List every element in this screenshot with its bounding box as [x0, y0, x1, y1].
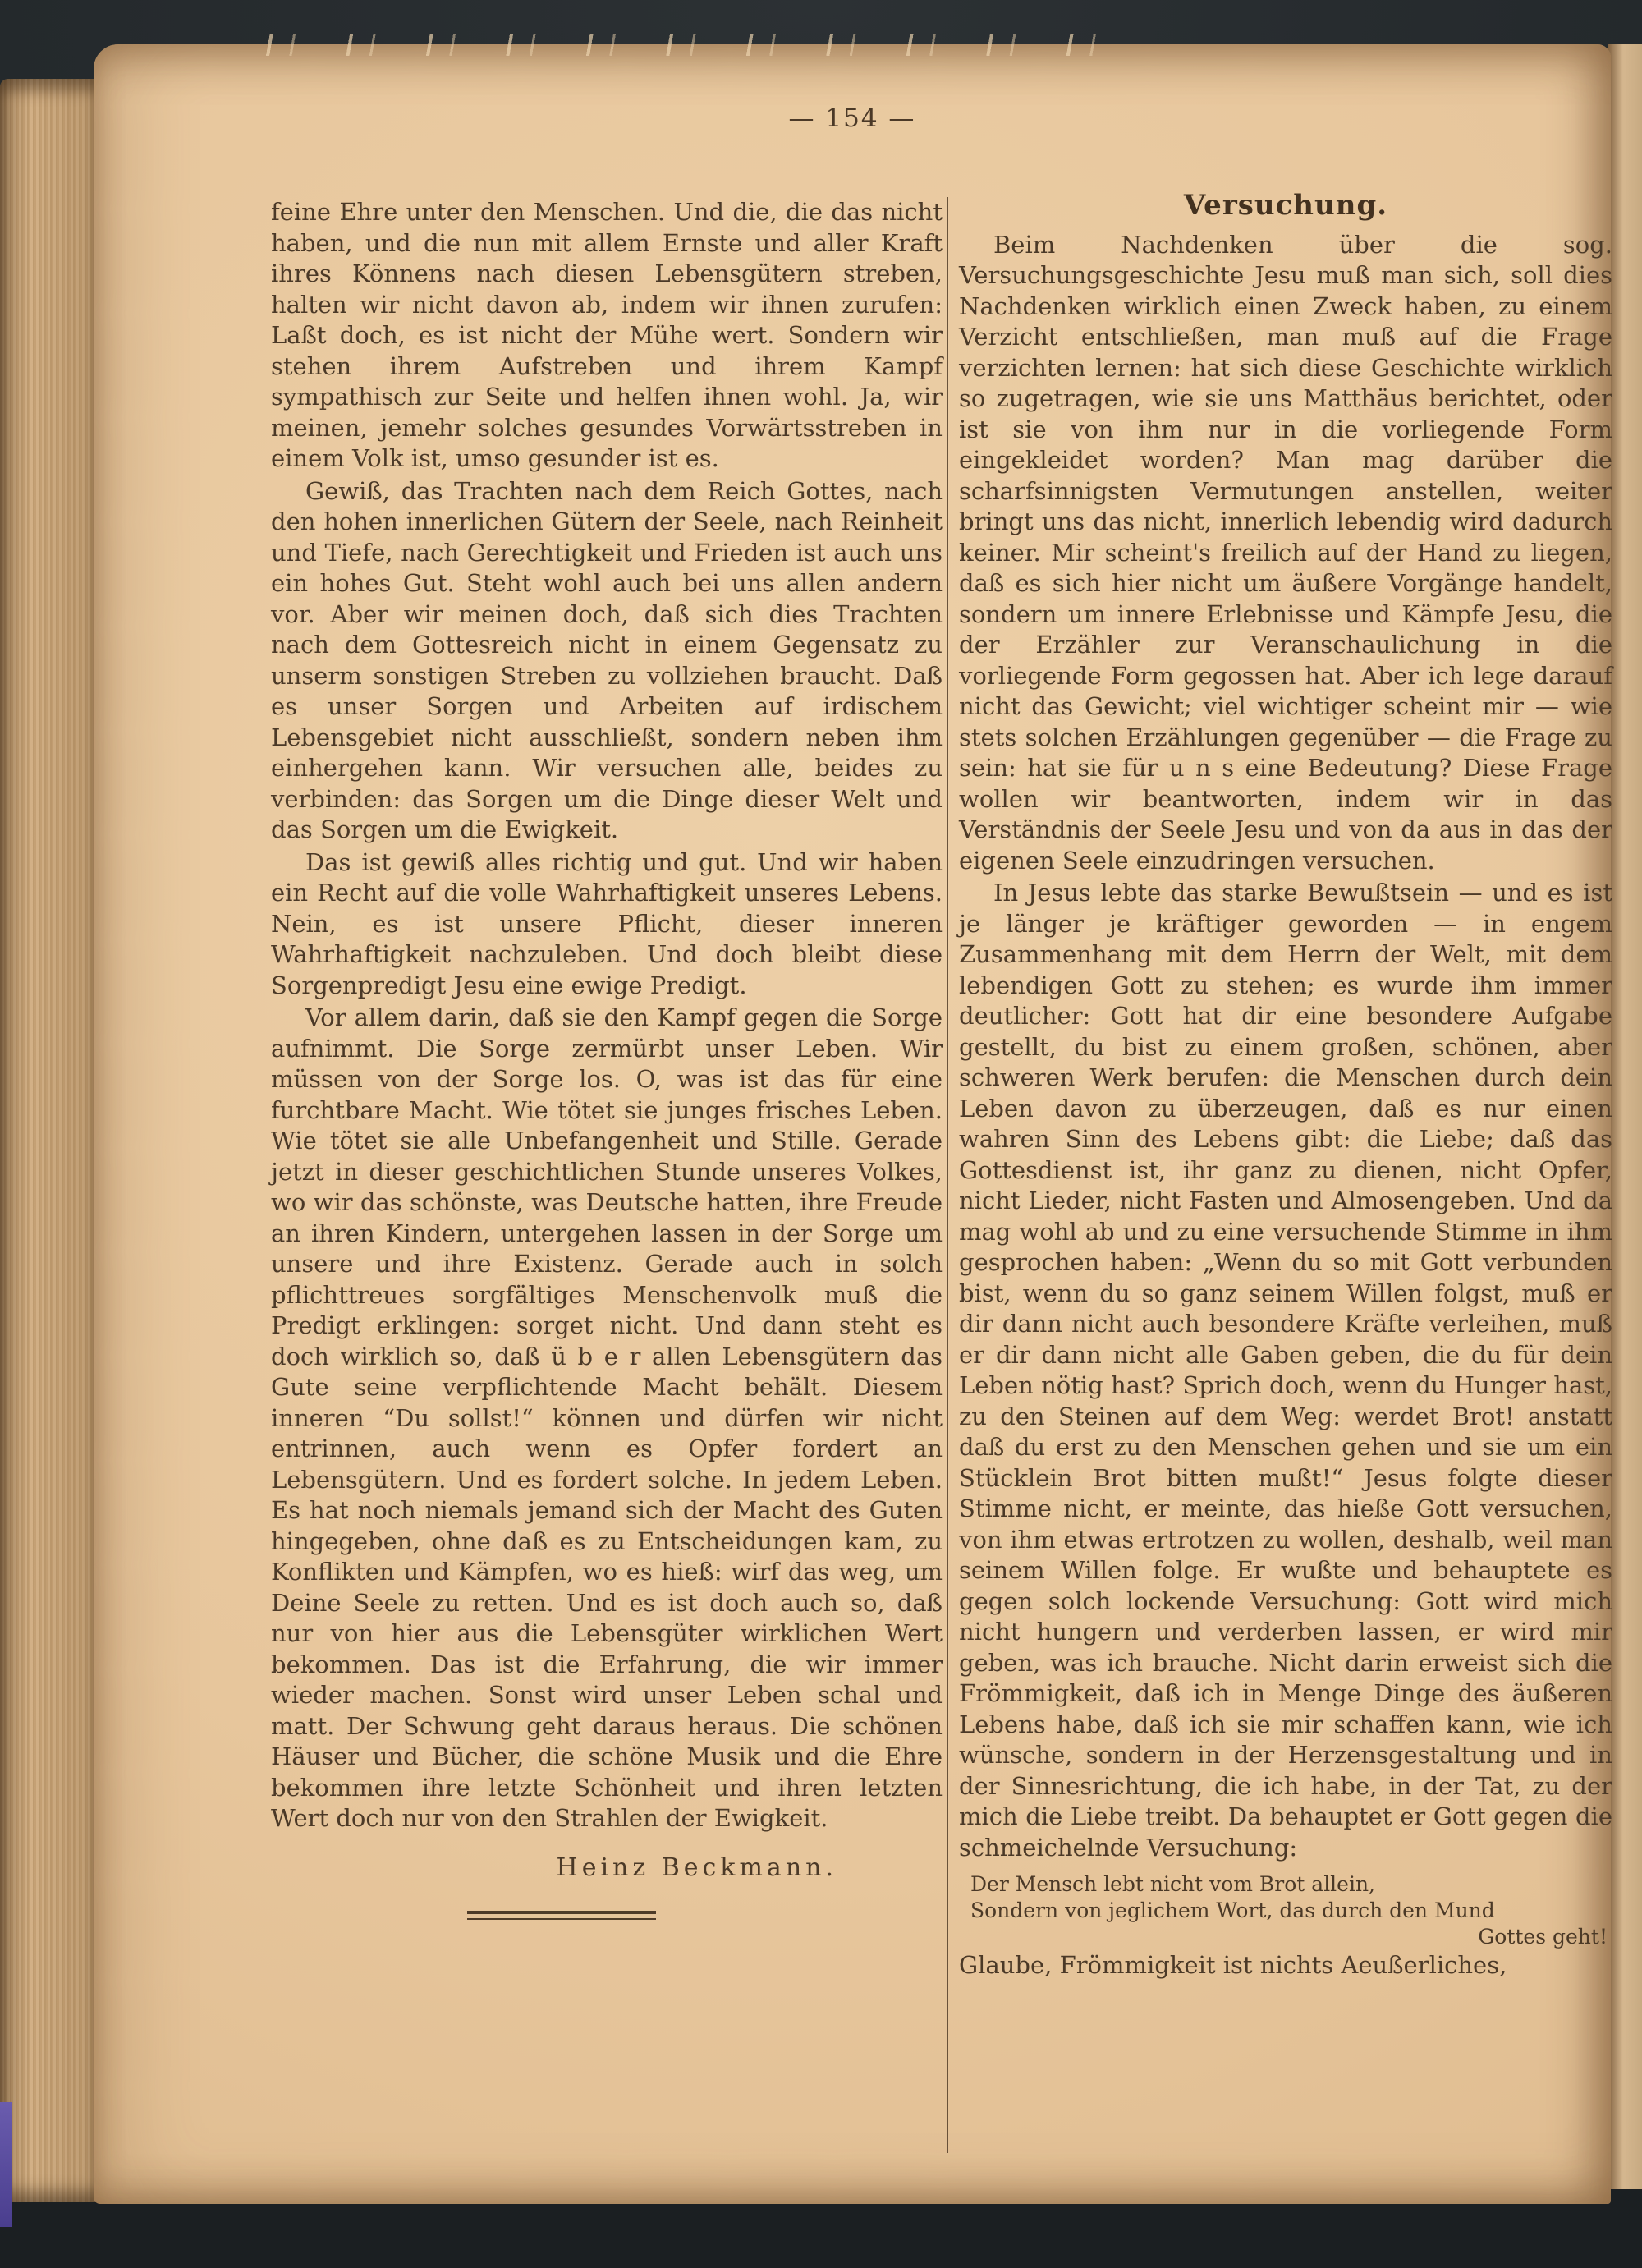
paragraph-continuation: Glaube, Frömmigkeit ist nichts Aeußerlic…: [959, 1950, 1612, 1981]
paragraph-continuation: feine Ehre unter den Menschen. Und die, …: [271, 197, 943, 475]
paragraph: Das ist gewiß alles richtig und gut. Und…: [271, 847, 943, 1002]
article-title: Versuchung.: [959, 191, 1612, 222]
book-scan: — 154 — feine Ehre unter den Menschen. U…: [0, 0, 1642, 2268]
paragraph: Vor allem darin, daß sie den Kampf gegen…: [271, 1003, 943, 1834]
verse-line: Gottes geht!: [959, 1924, 1612, 1950]
paragraph: In Jesus lebte das starke Bewußtsein — u…: [959, 878, 1612, 1863]
verse-line: Sondern von jeglichem Wort, das durch de…: [959, 1898, 1612, 1924]
scripture-verse: Der Mensch lebt nicht vom Brot allein, S…: [959, 1871, 1612, 1950]
paragraph: Beim Nachdenken über die sog. Versuchung…: [959, 230, 1612, 877]
article-end-rule: [467, 1911, 656, 1920]
left-column: feine Ehre unter den Menschen. Und die, …: [271, 197, 943, 1920]
spine-cloth-sliver: [0, 2102, 12, 2227]
paragraph: Gewiß, das Trachten nach dem Reich Gotte…: [271, 476, 943, 846]
page-edges-stack: [0, 79, 100, 2202]
verse-line: Der Mensch lebt nicht vom Brot allein,: [959, 1871, 1612, 1898]
author-signature: Heinz Beckmann.: [271, 1853, 943, 1884]
page-number: — 154 —: [94, 103, 1611, 133]
adjacent-page-edge: [1608, 44, 1642, 2189]
right-column: Versuchung. Beim Nachdenken über die sog…: [959, 191, 1612, 1981]
deckle-scuff-marks: [241, 34, 1144, 56]
book-page: — 154 — feine Ehre unter den Menschen. U…: [94, 44, 1611, 2204]
column-divider-rule: [947, 197, 948, 2153]
